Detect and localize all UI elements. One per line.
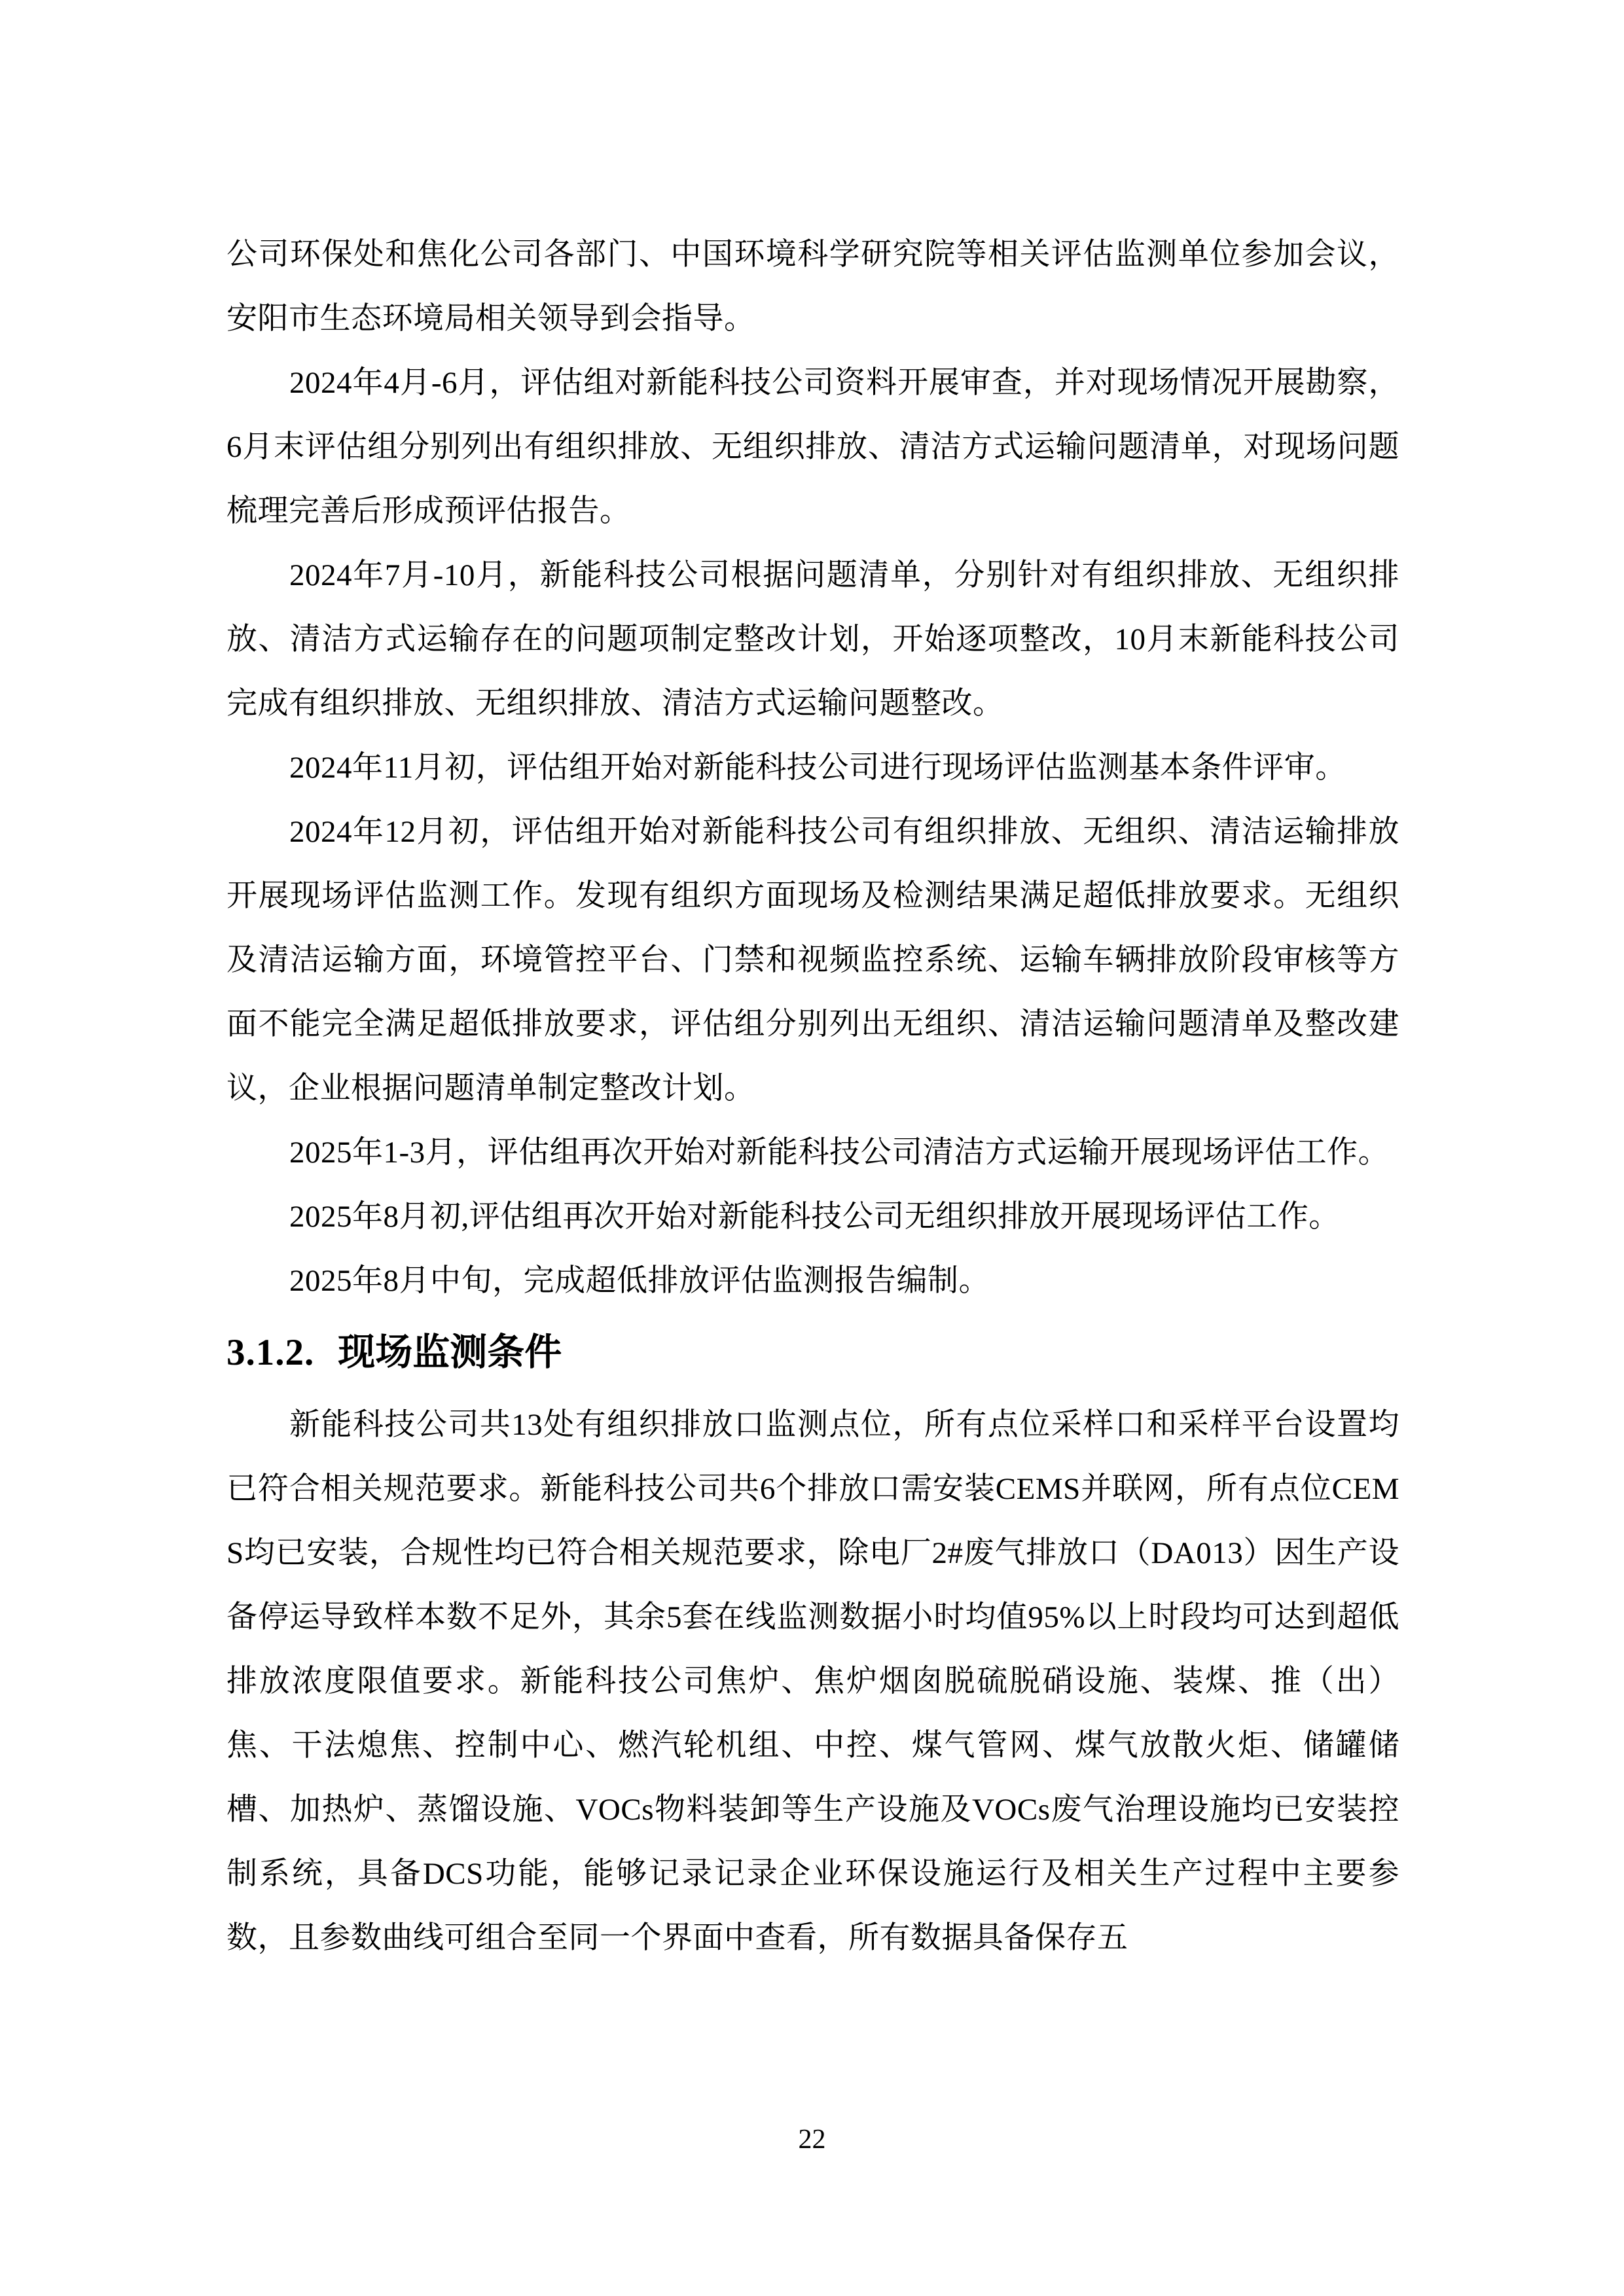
body-paragraph: 2025年8月中旬，完成超低排放评估监测报告编制。 xyxy=(226,1249,1399,1313)
body-paragraph: 2025年1-3月，评估组再次开始对新能科技公司清洁方式运输开展现场评估工作。 xyxy=(226,1121,1399,1185)
document-page: 公司环保处和焦化公司各部门、中国环境科学研究院等相关评估监测单位参加会议，安阳市… xyxy=(0,0,1624,2296)
page-number: 22 xyxy=(0,2123,1624,2156)
body-paragraph: 新能科技公司共13处有组织排放口监测点位，所有点位采样口和采样平台设置均已符合相… xyxy=(226,1393,1399,1970)
document-body: 公司环保处和焦化公司各部门、中国环境科学研究院等相关评估监测单位参加会议，安阳市… xyxy=(226,223,1399,1970)
body-paragraph: 2024年11月初，评估组开始对新能科技公司进行现场评估监测基本条件评审。 xyxy=(226,736,1399,800)
body-paragraph: 2024年12月初，评估组开始对新能科技公司有组织排放、无组织、清洁运输排放开展… xyxy=(226,800,1399,1121)
section-heading-number: 3.1.2. xyxy=(226,1332,314,1373)
body-paragraph: 2024年7月-10月，新能科技公司根据问题清单，分别针对有组织排放、无组织排放… xyxy=(226,543,1399,736)
section-heading: 3.1.2.现场监测条件 xyxy=(226,1313,1399,1393)
body-paragraph: 2024年4月-6月，评估组对新能科技公司资料开展审查，并对现场情况开展勘察，6… xyxy=(226,351,1399,543)
body-paragraph-continuation: 公司环保处和焦化公司各部门、中国环境科学研究院等相关评估监测单位参加会议，安阳市… xyxy=(226,223,1399,351)
section-heading-title: 现场监测条件 xyxy=(338,1332,562,1373)
body-paragraph: 2025年8月初,评估组再次开始对新能科技公司无组织排放开展现场评估工作。 xyxy=(226,1185,1399,1249)
